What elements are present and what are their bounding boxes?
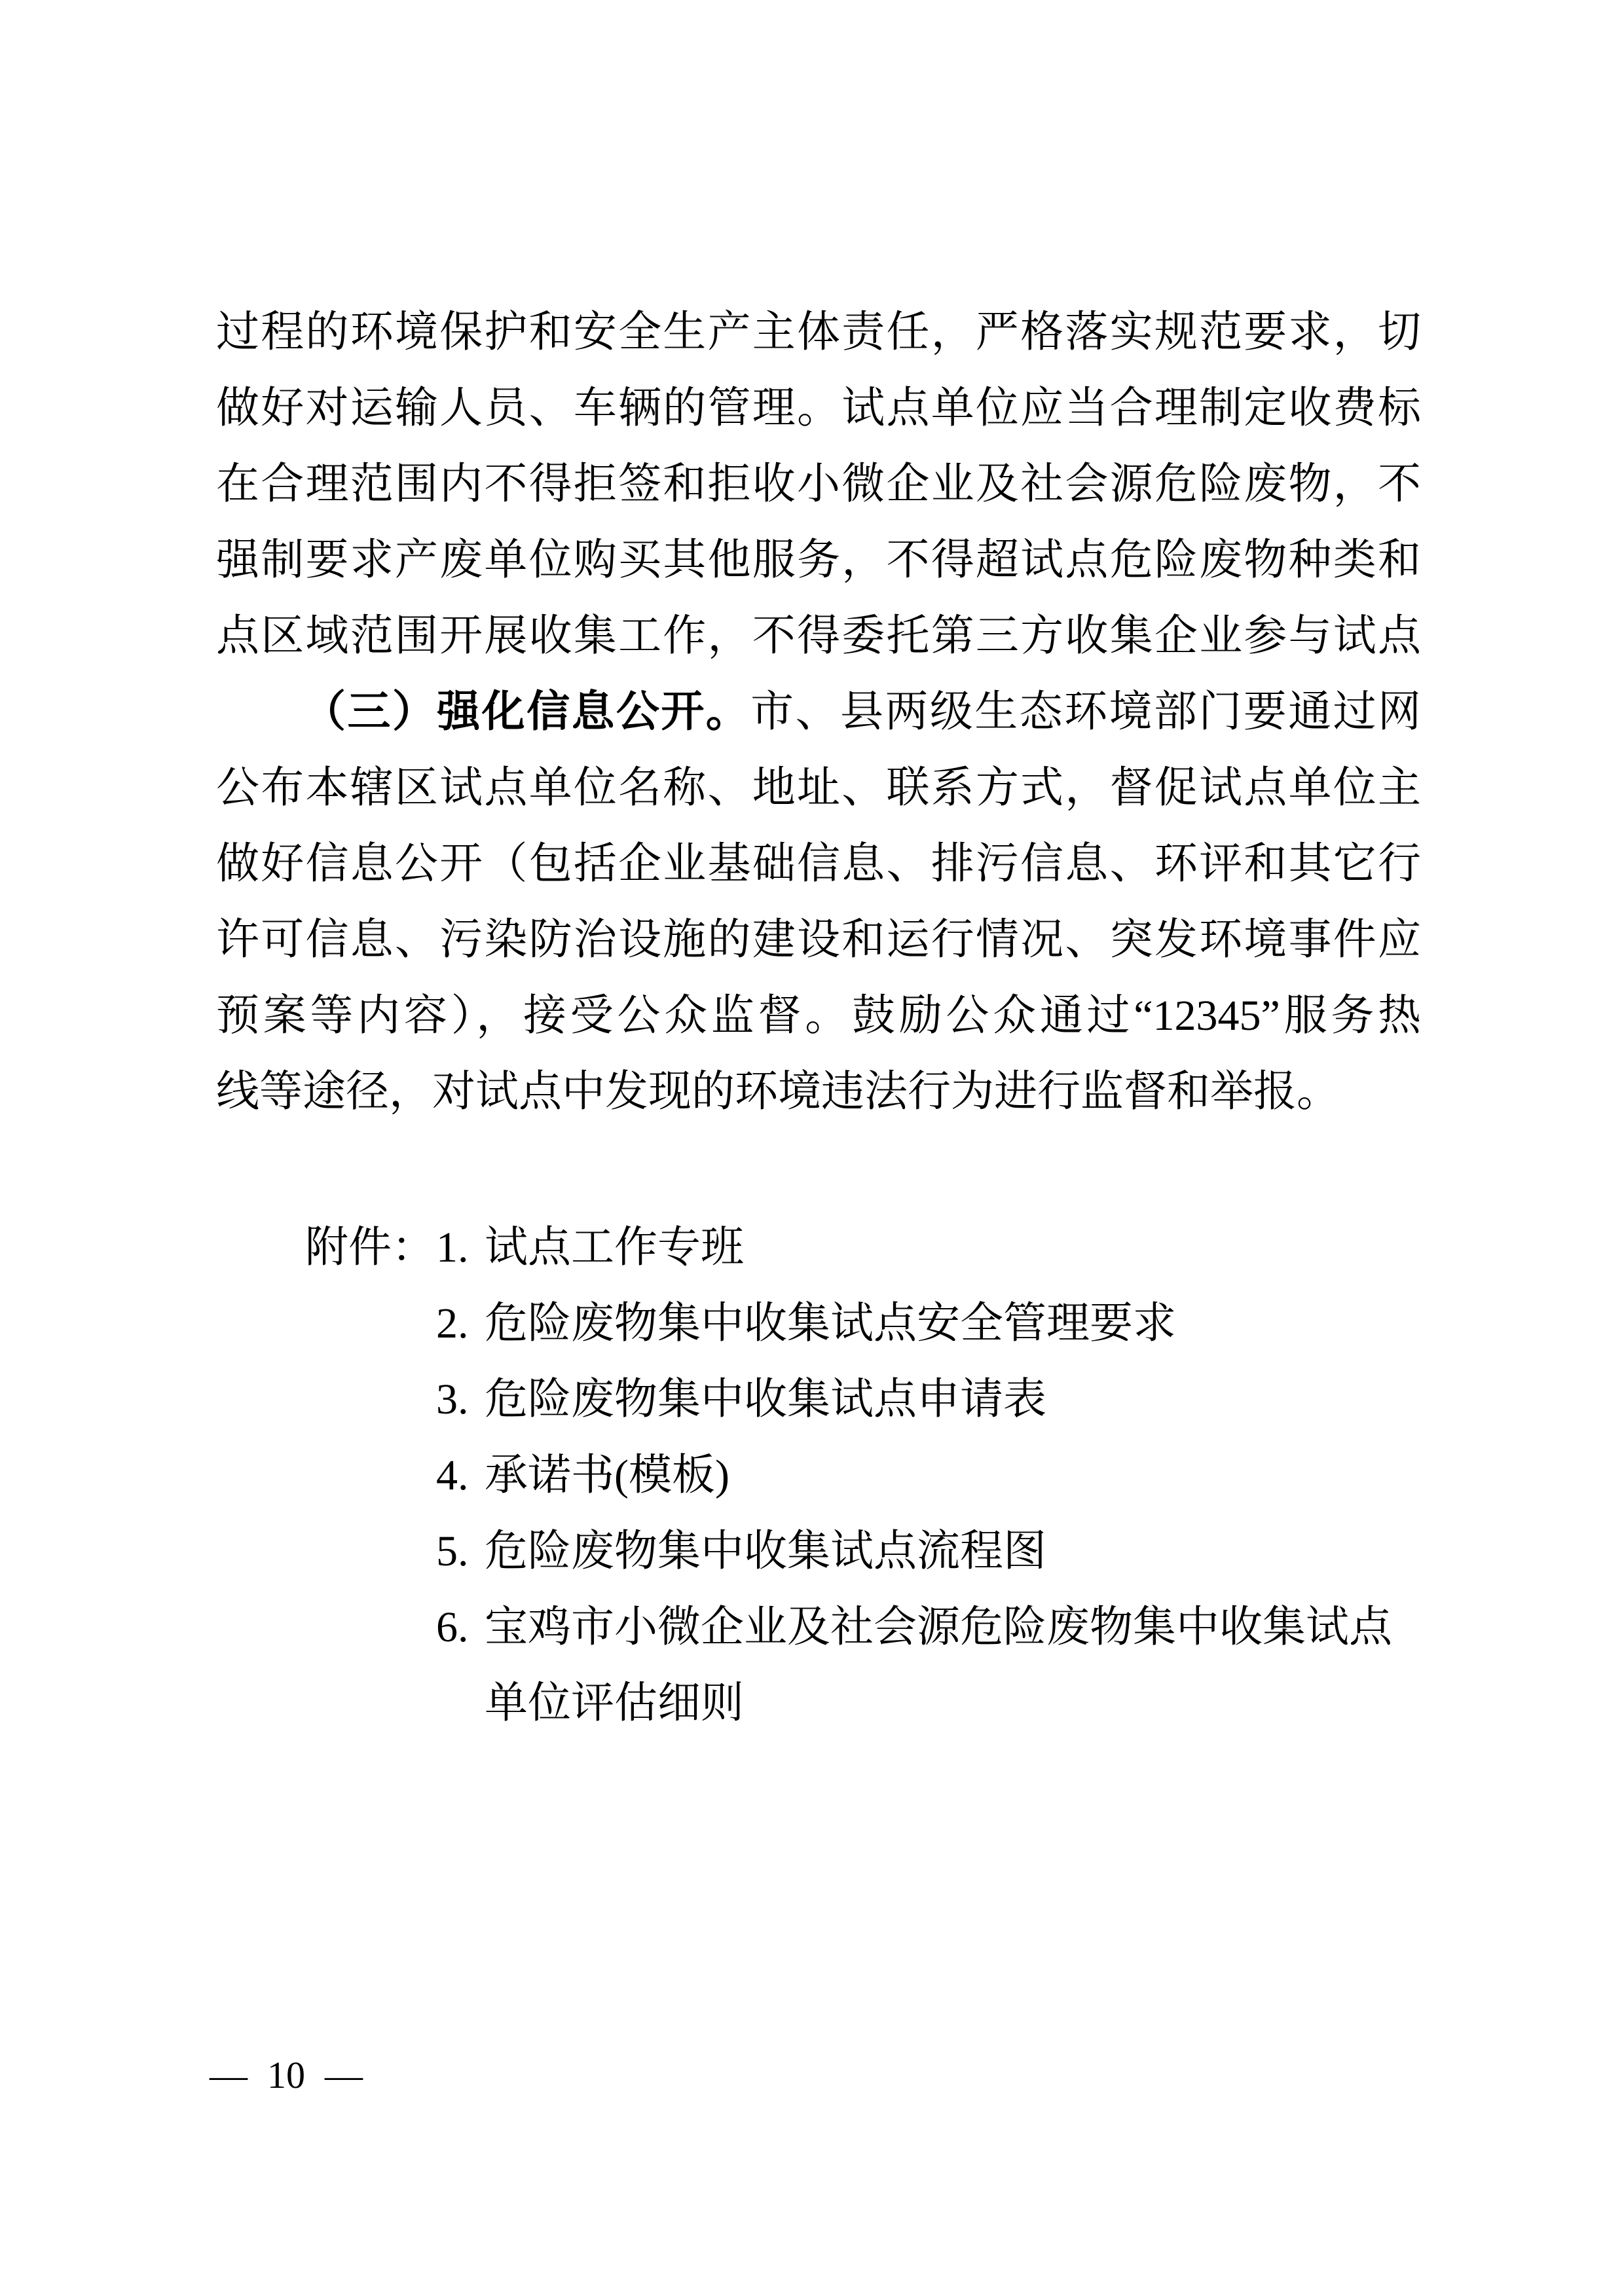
attachment-number: 6. (436, 1590, 485, 1666)
attachments-block: 附件：1.试点工作专班 2.危险废物集中收集试点安全管理要求 3.危险废物集中收… (305, 1210, 1392, 1741)
attachments-label: 附件： (305, 1210, 436, 1286)
body-line: 过程的环境保护和安全生产主体责任，严格落实规范要求，切实 (216, 295, 1421, 371)
attachment-number: 1. (436, 1210, 485, 1286)
body-line: 在合理范围内不得拒签和拒收小微企业及社会源危险废物，不得 (216, 446, 1421, 522)
page-number-dash-left: — (210, 2054, 248, 2096)
attachments-line: 4.承诺书(模板) (436, 1438, 1392, 1514)
attachment-title-continuation: 单位评估细则 (485, 1666, 1392, 1741)
body-line: 公布本辖区试点单位名称、地址、联系方式，督促试点单位主动 (216, 750, 1421, 826)
attachment-title: 试点工作专班 (485, 1224, 744, 1271)
body-line: 做好信息公开（包括企业基础信息、排污信息、环评和其它行政 (216, 826, 1421, 902)
attachments-line: 6.宝鸡市小微企业及社会源危险废物集中收集试点 (436, 1590, 1392, 1666)
attachment-title: 危险废物集中收集试点申请表 (485, 1376, 1046, 1423)
attachments-line: 3.危险废物集中收集试点申请表 (436, 1362, 1392, 1438)
document-page: 过程的环境保护和安全生产主体责任，严格落实规范要求，切实 做好对运输人员、车辆的… (0, 0, 1624, 2296)
body-line-section-start: （三）强化信息公开。市、县两级生态环境部门要通过网站 (216, 674, 1421, 750)
body-line: 许可信息、污染防治设施的建设和运行情况、突发环境事件应急 (216, 902, 1421, 978)
body-line: 强制要求产废单位购买其他服务，不得超试点危险废物种类和试 (216, 522, 1421, 598)
attachment-title: 危险废物集中收集试点安全管理要求 (485, 1300, 1176, 1347)
attachment-number: 4. (436, 1438, 485, 1514)
attachment-title: 宝鸡市小微企业及社会源危险废物集中收集试点 (485, 1603, 1392, 1651)
attachment-title: 承诺书(模板) (485, 1451, 729, 1499)
page-number-value: 10 (267, 2054, 305, 2096)
attachment-title: 危险废物集中收集试点流程图 (485, 1527, 1046, 1575)
page-number-dash-right: — (325, 2054, 363, 2096)
attachment-number: 2. (436, 1286, 485, 1362)
attachments-line: 2.危险废物集中收集试点安全管理要求 (436, 1286, 1392, 1362)
body-line: 线等途径，对试点中发现的环境违法行为进行监督和举报。 (216, 1054, 1421, 1130)
attachments-line: 附件：1.试点工作专班 (305, 1210, 1392, 1286)
attachment-number: 5. (436, 1514, 485, 1590)
body-text-block: 过程的环境保护和安全生产主体责任，严格落实规范要求，切实 做好对运输人员、车辆的… (216, 295, 1421, 1130)
body-line: 做好对运输人员、车辆的管理。试点单位应当合理制定收费标准， (216, 371, 1421, 446)
attachments-line: 5.危险废物集中收集试点流程图 (436, 1514, 1392, 1590)
body-line: 点区域范围开展收集工作，不得委托第三方收集企业参与试点工作。 (216, 598, 1421, 674)
section-heading: （三）强化信息公开。 (303, 688, 750, 736)
body-line: 预案等内容），接受公众监督。鼓励公众通过“12345”服务热 (216, 978, 1421, 1054)
attachment-number: 3. (436, 1362, 485, 1438)
page-number: —10— (210, 2054, 363, 2096)
